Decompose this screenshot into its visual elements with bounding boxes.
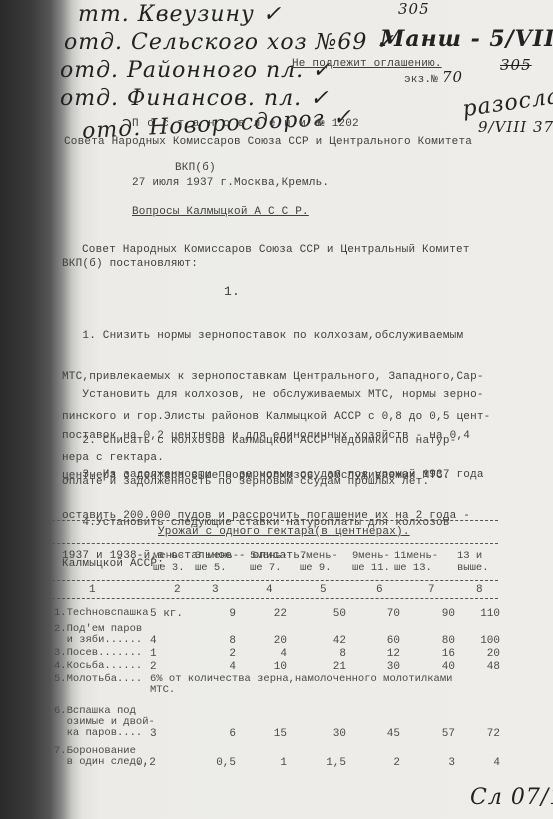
table-group-header: Урожай с одного гектара(в центнерах). (158, 526, 410, 538)
table-rule-numbers (52, 598, 498, 599)
table-cell: 40 (415, 661, 455, 673)
table-cell: 42 (306, 635, 346, 647)
table-column-number: 3 (212, 584, 219, 596)
table-cell: 70 (360, 608, 400, 620)
handwritten-crossed-number: 305 (500, 56, 532, 74)
table-row-label: 7.Боронование в один след.. (54, 746, 149, 768)
handwritten-addressee-3: отд. Районного пл. ✓ (60, 58, 332, 83)
table-cell: 4 (150, 635, 157, 647)
table-cell: 9 (196, 608, 236, 620)
table-cell: 48 (460, 661, 500, 673)
table-cell: 0,2 (136, 757, 156, 769)
table-cell: 20 (247, 635, 287, 647)
table-row-label: 6.Вспашка под озимые и двой- ка паров...… (54, 706, 155, 739)
table-row-label: 5.Молотьба.... (54, 674, 142, 685)
paragraph-line: Установить для колхозов, не обслуживаемы… (62, 389, 484, 403)
table-cell: 1,5 (306, 757, 346, 769)
issuer-line: Совета Народных Комиссаров Союза ССР и Ц… (64, 136, 472, 148)
section-number: 1. (224, 284, 240, 299)
table-column-number: 2 (174, 584, 181, 596)
table-column-header: 3 мень- ше 5. (195, 550, 239, 574)
table-cell: 12 (360, 648, 400, 660)
table-row-label: 4.Косьба...... (54, 661, 142, 672)
table-column-number: 5 (320, 584, 327, 596)
table-column-number: 1 (89, 584, 96, 596)
document-page: тт. Квеузину ✓ отд. Сельского хоз №69 ✓ … (0, 0, 553, 819)
table-cell: 60 (360, 635, 400, 647)
table-rule-header (52, 580, 498, 581)
date-place: 27 июля 1937 г.Москва,Кремль. (132, 177, 329, 189)
handwritten-signature: Манш - 5/VIII (380, 26, 553, 52)
handwritten-top-number: 305 (398, 0, 430, 18)
handwritten-exemplar-number: 70 (442, 68, 463, 86)
table-cell: 100 (460, 635, 500, 647)
table-column-header: 11мень- ше 13. (394, 550, 438, 574)
table-column-number: 6 (376, 584, 383, 596)
handwritten-initials: Сл 07/15. (470, 785, 553, 810)
table-cell: 4 (247, 648, 287, 660)
table-column-header: 9мень- ше 11. (352, 550, 390, 574)
handwritten-distribute-note: разослать (461, 79, 553, 122)
table-cell: 8 (196, 635, 236, 647)
table-cell: 6 (196, 728, 236, 740)
table-cell: 15 (247, 728, 287, 740)
paragraph-4: 4.Установить следующие ставки натуроплат… (62, 490, 450, 598)
secrecy-note: Не подлежит оглашению. (292, 58, 442, 70)
table-cell: 1 (150, 648, 157, 660)
table-column-header: 5мень- ше 7. (250, 550, 288, 574)
table-cell: 21 (306, 661, 346, 673)
table-row-label: 2.Под'ем паров и зяби...... (54, 624, 142, 646)
table-cell: 110 (460, 608, 500, 620)
table-row-label: 3.Посев....... (54, 648, 142, 659)
table-cell: 4 (460, 757, 500, 769)
table-row-note: 6% от количества зерна,намолоченного мол… (150, 674, 452, 696)
preamble-line-1: Совет Народных Комиссаров Союза ССР и Це… (82, 244, 470, 256)
table-cell: 2 (196, 648, 236, 660)
table-cell: 1 (247, 757, 287, 769)
table-cell: 57 (415, 728, 455, 740)
paragraph-line: 1. Снизить нормы зернопоставок по колхоз… (62, 330, 490, 344)
table-column-number: 7 (428, 584, 435, 596)
table-column-number: 8 (476, 584, 483, 596)
table-cell: 2 (360, 757, 400, 769)
table-cell: 2 (150, 661, 157, 673)
table-column-number: 4 (266, 584, 273, 596)
document-title: П о с т а н о в л е н и е (132, 118, 322, 130)
party-name: ВКП(б) (175, 162, 216, 174)
table-cell: 80 (415, 635, 455, 647)
handwritten-distribute-date: 9/VIII 37 (478, 118, 553, 136)
table-cell: 50 (306, 608, 346, 620)
handwritten-addressee-2: отд. Сельского хоз №69 ✓ (64, 30, 395, 55)
table-cell: 72 (460, 728, 500, 740)
copy-label: экз.№ (404, 74, 438, 86)
table-cell: 22 (247, 608, 287, 620)
table-column-header: 13 и выше. (457, 550, 489, 574)
table-cell: 20 (460, 648, 500, 660)
table-cell: 3 (415, 757, 455, 769)
table-row-label: 1.Techновспашка (54, 608, 149, 619)
table-cell: 5 кг. (150, 608, 183, 620)
table-column-header: мень- ше 3. (153, 550, 185, 574)
handwritten-addressee-1: тт. Квеузину ✓ (78, 2, 282, 27)
table-cell: 30 (360, 661, 400, 673)
table-cell: 30 (306, 728, 346, 740)
table-cell: 90 (415, 608, 455, 620)
table-column-header: 7мень- ше 9. (300, 550, 338, 574)
table-cell: 45 (360, 728, 400, 740)
table-cell: 8 (306, 648, 346, 660)
document-subject: Вопросы Калмыцкой А С С Р. (132, 206, 309, 218)
table-cell: 0,5 (196, 757, 236, 769)
table-rule-group (52, 543, 498, 544)
table-cell: 16 (415, 648, 455, 660)
preamble-line-2: ВКП(б) постановляют: (62, 258, 198, 270)
table-cell: 4 (196, 661, 236, 673)
document-number: № 1202 (318, 118, 359, 130)
paragraph-line: 3. Из задолженности по зерновым ссудам п… (62, 469, 484, 483)
table-cell: 10 (247, 661, 287, 673)
table-cell: 3 (150, 728, 157, 740)
table-rule-top (52, 520, 498, 521)
